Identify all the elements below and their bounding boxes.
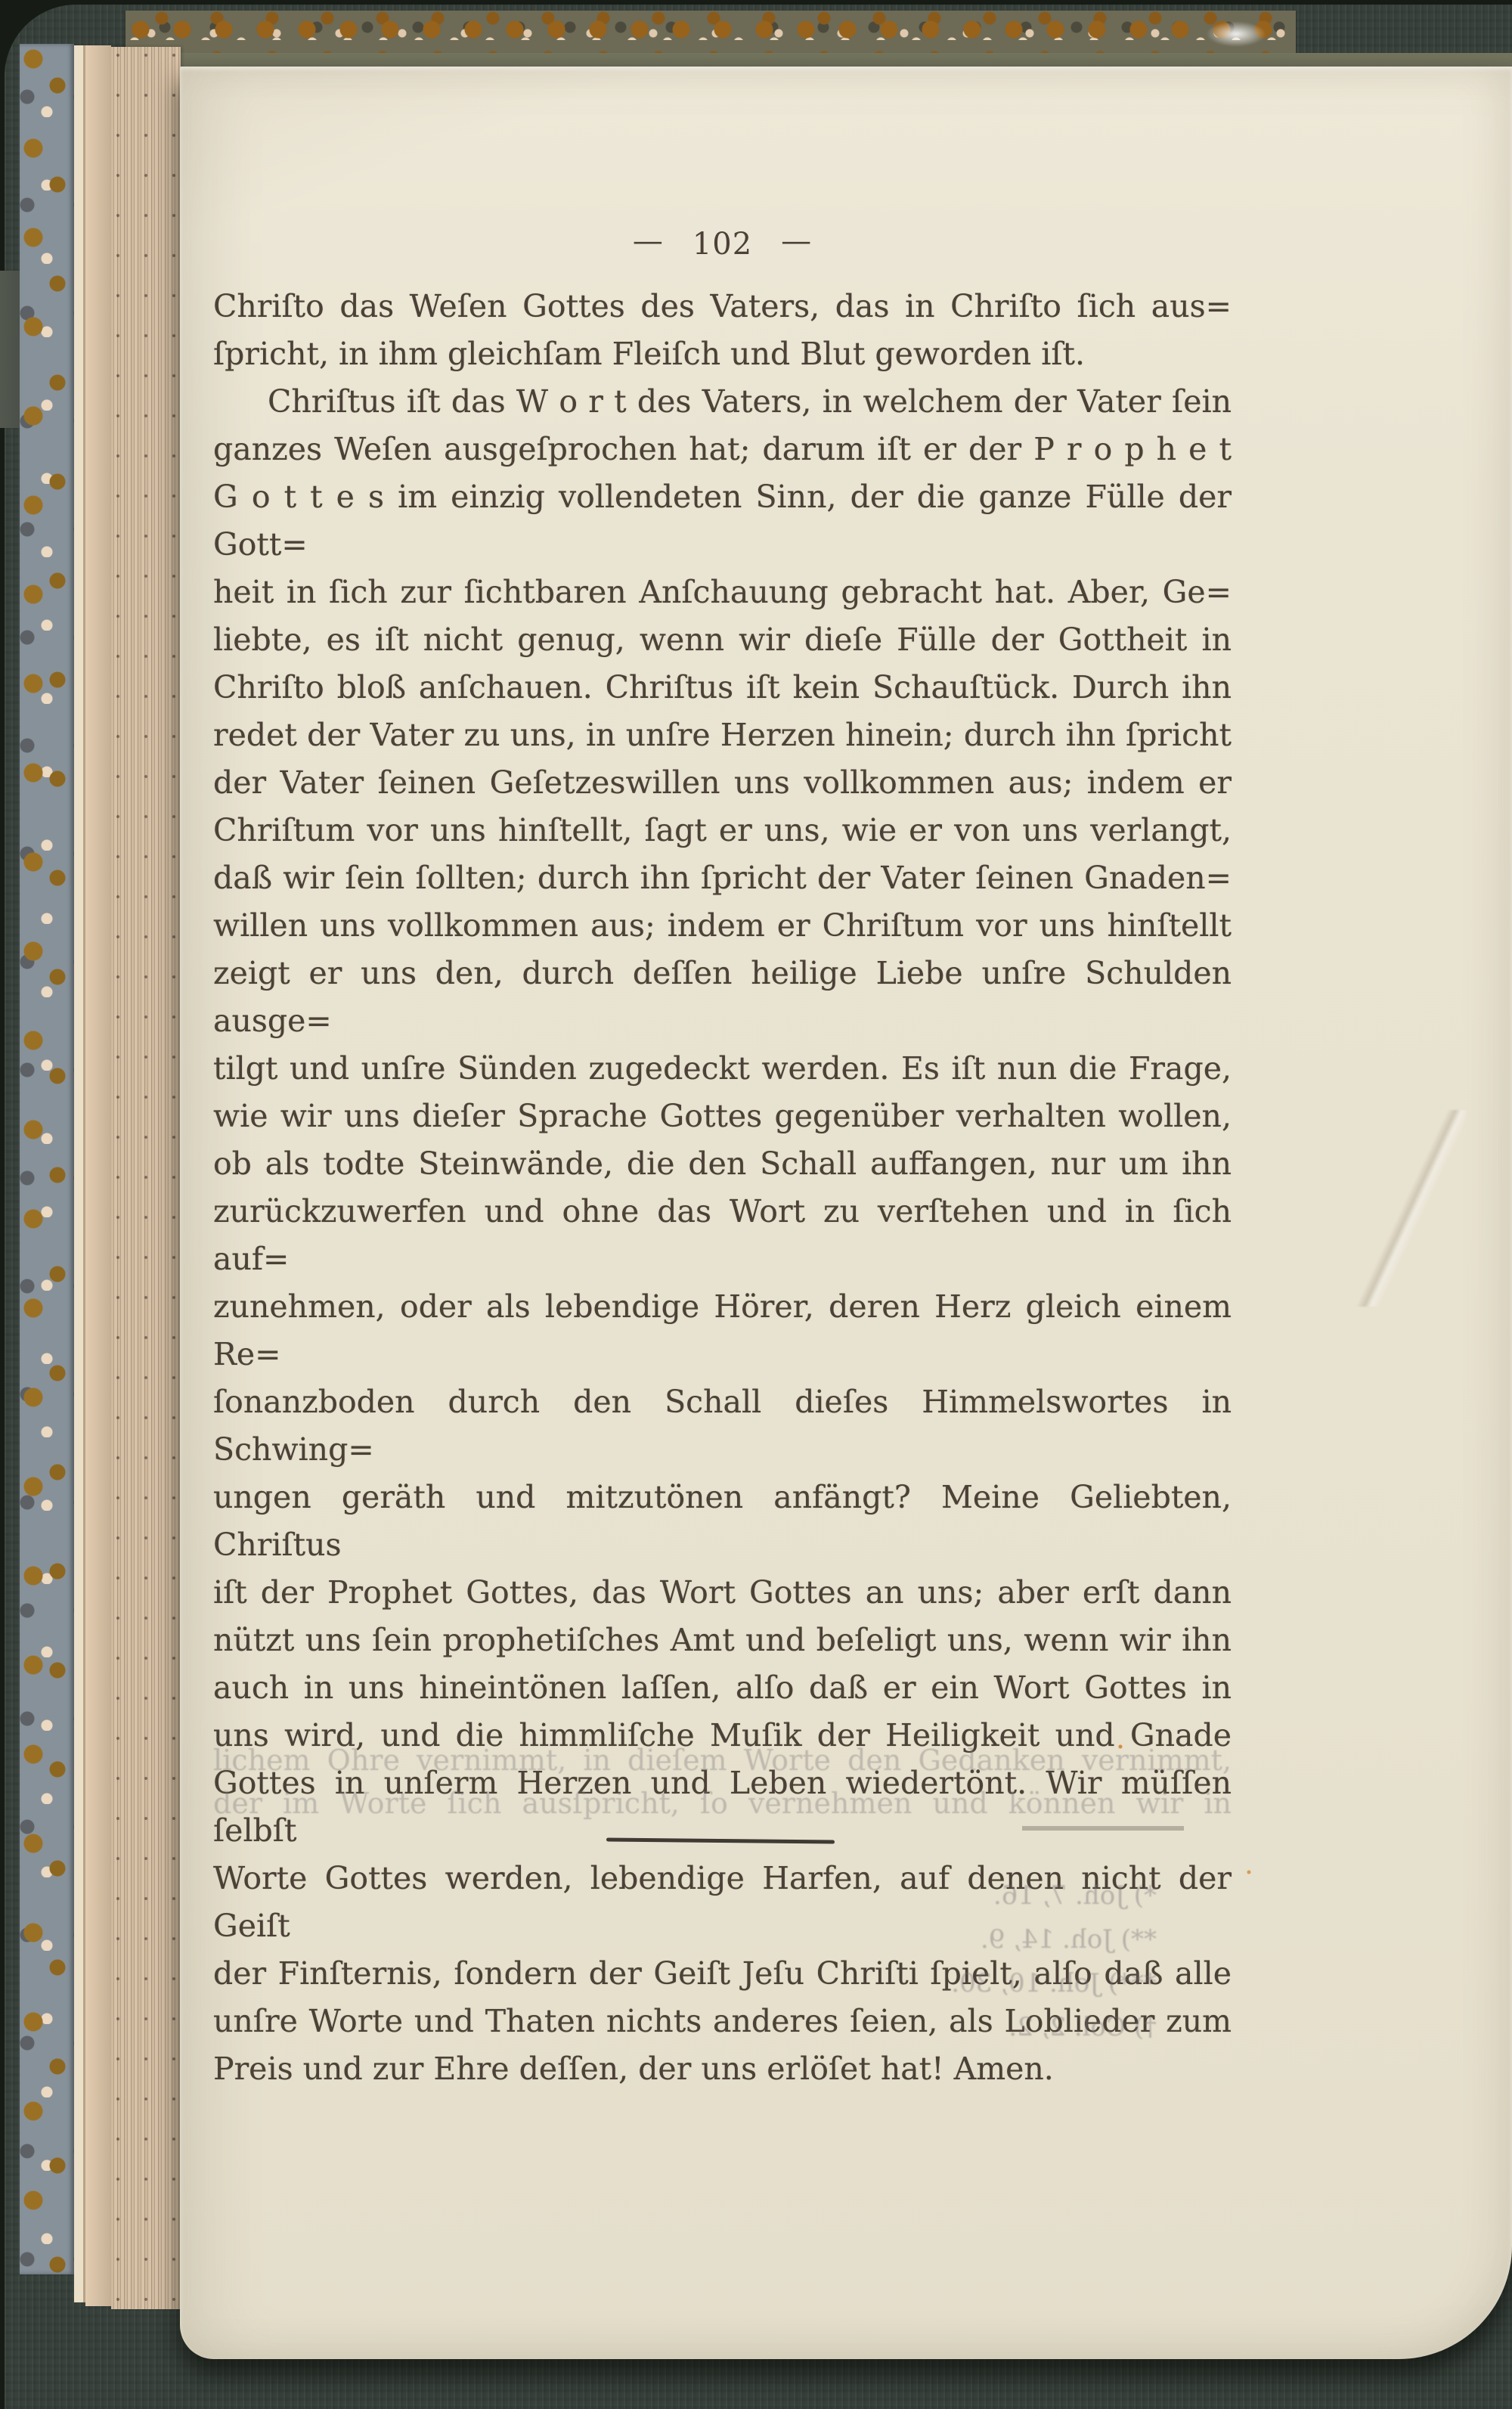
text-line: ungen geräth und mitzutönen anfängt? Mei… [213,1474,1232,1569]
book-scan-photo: —102— Chriſto das Weſen Gottes des Vater… [0,0,1512,2409]
showthrough-footnote: *) Joh. 7, 16. [869,1874,1157,1918]
text-line: wie wir uns dieſer Sprache Gottes gegenü… [213,1093,1232,1140]
text-line: nützt uns ſein prophetiſches Amt und beſ… [213,1617,1232,1664]
text-line: iſt der Prophet Gottes, das Wort Gottes … [213,1569,1232,1617]
text-line: auch in uns hineintönen laſſen, alſo daß… [213,1664,1232,1712]
text-line: Chriſto das Weſen Gottes des Vaters, das… [213,283,1232,330]
band-glare-highlight [1206,21,1266,47]
text-line: Chriſtus iſt das W o r t des Vaters, in … [213,378,1232,426]
showthrough-footnote: ***) Joh. 10, 30. [869,1961,1157,2005]
text-line: redet der Vater zu uns, in unſre Herzen … [213,712,1232,759]
text-line: willen uns vollkommen aus; indem er Chri… [213,902,1232,950]
text-line: G o t t e s im einzig vollendeten Sinn, … [213,473,1232,569]
text-line: daß wir ſein ſollten; durch ihn ſpricht … [213,854,1232,902]
text-line: ſpricht, in ihm gleichſam Fleiſch und Bl… [213,330,1232,378]
text-line: der Vater ſeinen Geſetzeswillen uns voll… [213,759,1232,807]
page-edge-smooth-band [85,45,111,2306]
text-line: ganzes Weſen ausgeſprochen hat; darum iſ… [213,426,1232,473]
showthrough-footnotes: *) Joh. 7, 16.**) Joh. 14, 9.***) Joh. 1… [869,1874,1157,2049]
text-line: zeigt er uns den, durch deſſen heilige L… [213,950,1232,1045]
text-line: Chriſto bloß anſchauen. Chriſtus iſt kei… [213,664,1232,712]
page-edge-stack [111,47,181,2309]
marbled-head-band [125,11,1296,54]
page-number-header: —102— [213,227,1232,262]
text-line: liebte, es iſt nicht genug, wenn wir die… [213,616,1232,664]
marbled-board-edge [20,44,74,2274]
page-number: 102 [692,227,752,262]
showthrough-line: lichem Ohre vernimmt, in dieſem Worte de… [213,1739,1232,1782]
header-left-dash: — [633,224,664,259]
text-line: ob als todte Steinwände, die den Schall … [213,1140,1232,1188]
text-line: ſonanzboden durch den Schall dieſes Himm… [213,1378,1232,1474]
text-line: zurückzuwerfen und ohne das Wort zu verſ… [213,1188,1232,1283]
text-line: zunehmen, oder als lebendige Hörer, dere… [213,1283,1232,1378]
showthrough-footnote: †) Col. 2, 2. [869,2005,1157,2049]
text-line: tilgt und unſre Sünden zugedeckt werden.… [213,1045,1232,1093]
text-line: Chriſtum vor uns hinſtellt, ſagt er uns,… [213,807,1232,854]
text-line: heit in ſich zur ſichtbaren Anſchauung g… [213,569,1232,616]
header-right-dash: — [781,224,812,259]
text-line: Preis und zur Ehre deſſen, der uns erlöſ… [213,2045,1232,2093]
showthrough-paragraph: lichem Ohre vernimmt, in dieſem Worte de… [213,1739,1232,1825]
showthrough-footnote: **) Joh. 14, 9. [869,1918,1157,1961]
showthrough-rule [1022,1826,1184,1831]
showthrough-line: der im Worte ſich ausſpricht, ſo vernehm… [213,1782,1232,1825]
page-edge-sliver [74,45,85,2302]
paper-crease [1353,1110,1467,1307]
